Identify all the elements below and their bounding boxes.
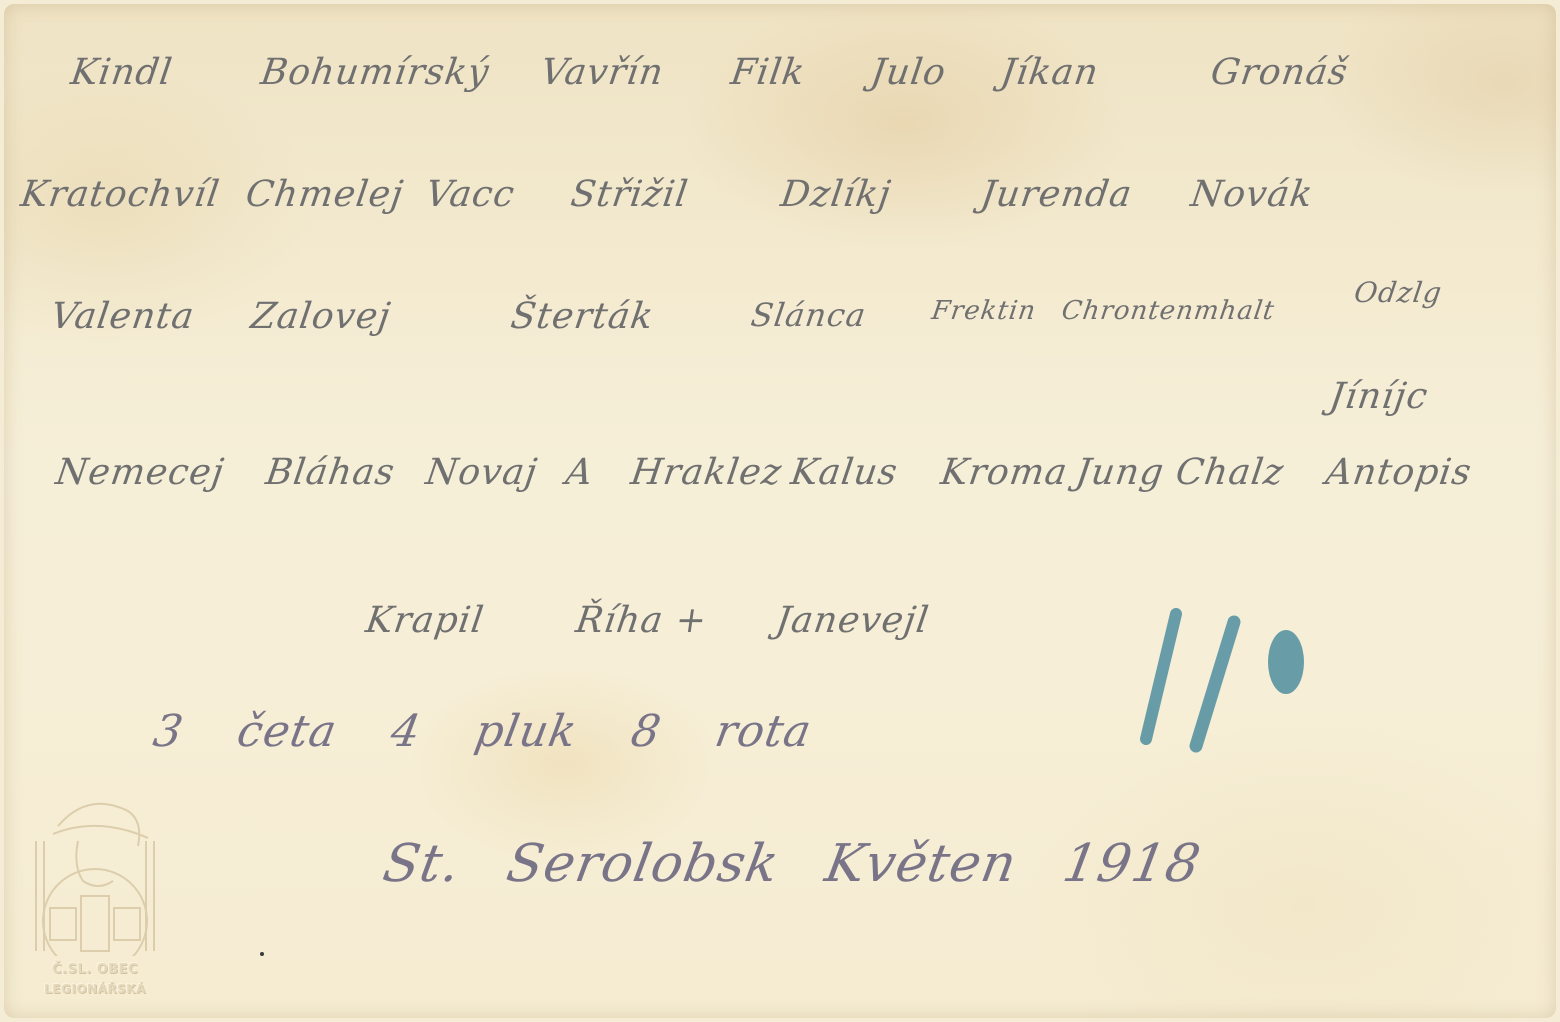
name: Antopis <box>1323 452 1474 493</box>
photo-card-back: Kindl Bohumírský Vavřín Filk Julo Jíkan … <box>4 4 1556 1018</box>
name: Bohumírský <box>258 52 492 93</box>
name: Gronáš <box>1208 52 1351 93</box>
name: Vavřín <box>538 52 666 93</box>
name: Janevejl <box>773 600 931 641</box>
name: Odzlg <box>1352 276 1444 309</box>
stamp-text-line-2: LEGIONÁŘSKÁ <box>28 982 162 996</box>
ink-dot <box>260 952 264 956</box>
name: Chmelej <box>243 174 406 215</box>
name: Šterták <box>508 296 656 337</box>
name: Kratochvíl <box>18 174 222 215</box>
name: Kalus <box>788 452 900 493</box>
name: A <box>563 452 596 493</box>
name: Vacc <box>423 174 517 215</box>
name: Dzlíkj <box>778 174 894 215</box>
blue-crayon-mark <box>1134 604 1324 754</box>
name: Valenta <box>48 296 197 337</box>
name: Jíkan <box>998 52 1101 93</box>
place-date-line: St. Serolobsk Květen 1918 <box>379 834 1206 894</box>
name: Jung <box>1073 452 1167 493</box>
legion-emblem-stamp: Č.SL. OBEC LEGIONÁŘSKÁ <box>28 786 162 1008</box>
name: Novaj <box>423 452 540 493</box>
unit-line: 3 četa 4 pluk 8 rota <box>150 706 816 757</box>
name: Zalovej <box>248 296 393 337</box>
name: Říha + <box>573 600 710 641</box>
name: Jurenda <box>978 174 1135 215</box>
stamp-text-line-1: Č.SL. OBEC <box>28 962 162 977</box>
name: Frektin <box>930 296 1038 326</box>
name: Krapil <box>363 600 486 641</box>
name: Julo <box>868 52 949 93</box>
name: Kindl <box>68 52 175 93</box>
name: Nemecej <box>53 452 227 493</box>
name: Chalz <box>1173 452 1286 493</box>
name: Chrontenmhalt <box>1060 296 1277 326</box>
name: Slánca <box>749 296 869 334</box>
name: Novák <box>1188 174 1316 215</box>
name: Jíníjc <box>1327 376 1431 417</box>
name: Kroma <box>938 452 1070 493</box>
name: Filk <box>728 52 808 93</box>
name: Střižil <box>568 174 691 215</box>
name: Bláhas <box>263 452 397 493</box>
name: Hraklez <box>628 452 784 493</box>
soldier-emblem-icon <box>28 786 162 956</box>
